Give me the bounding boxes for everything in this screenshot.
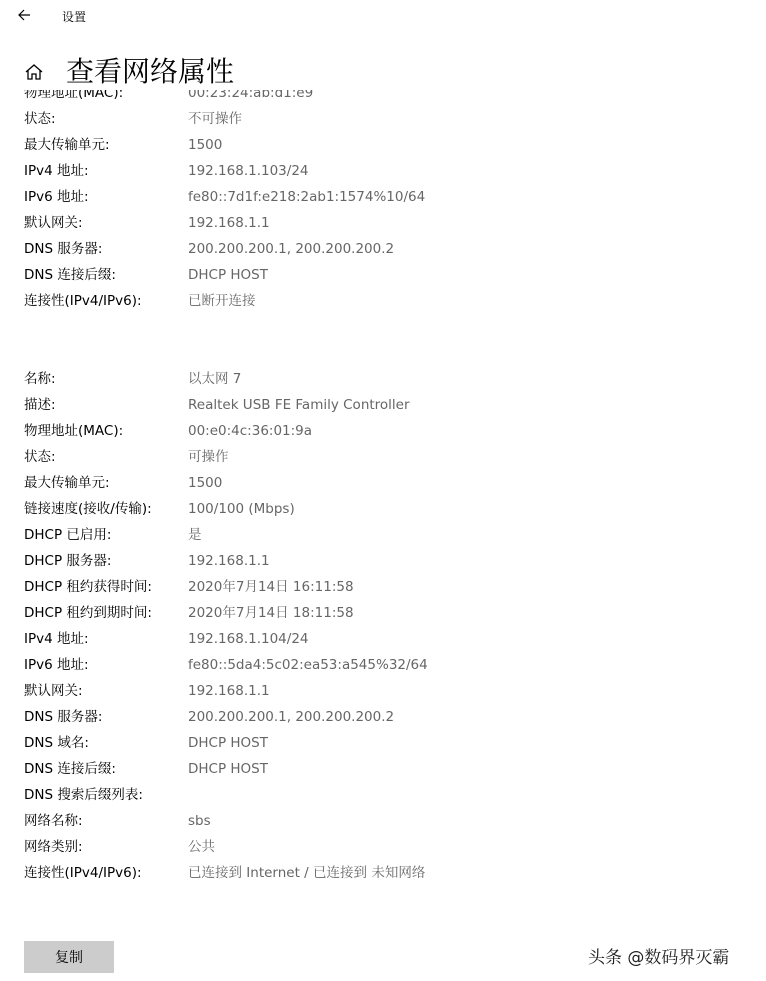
property-label: 名称: [24, 369, 56, 389]
property-row: 物理地址(MAC):00:23:24:ab:d1:e9 [0, 90, 766, 109]
property-row: DHCP 租约获得时间:2020年7月14日 16:11:58 [0, 577, 766, 603]
property-label: DNS 搜索后缀列表: [24, 785, 143, 805]
property-row: DHCP 租约到期时间:2020年7月14日 18:11:58 [0, 603, 766, 629]
property-row: 描述:Realtek USB FE Family Controller [0, 395, 766, 421]
property-value: 100/100 (Mbps) [188, 499, 295, 519]
property-label: IPv6 地址: [24, 655, 89, 675]
property-value: 00:e0:4c:36:01:9a [188, 421, 312, 441]
properties-list: 物理地址(MAC):00:23:24:ab:d1:e9状态:不可操作最大传输单元… [0, 90, 766, 889]
property-label: DNS 域名: [24, 733, 89, 753]
property-label: 默认网关: [24, 213, 83, 233]
property-value: DHCP HOST [188, 759, 268, 779]
property-row: IPv4 地址:192.168.1.103/24 [0, 161, 766, 187]
property-label: DNS 连接后缀: [24, 265, 116, 285]
property-row: 网络名称:sbs [0, 811, 766, 837]
watermark: 头条 @数码界灭霸 [588, 943, 729, 968]
property-row: IPv6 地址:fe80::7d1f:e218:2ab1:1574%10/64 [0, 187, 766, 213]
property-row: 网络类别:公共 [0, 837, 766, 863]
properties-scroll-area[interactable]: 物理地址(MAC):00:23:24:ab:d1:e9状态:不可操作最大传输单元… [0, 90, 766, 920]
property-label: 连接性(IPv4/IPv6): [24, 291, 142, 311]
property-value: DHCP HOST [188, 265, 268, 285]
property-value: 以太网 7 [188, 369, 241, 389]
property-row: DNS 连接后缀:DHCP HOST [0, 265, 766, 291]
property-label: 最大传输单元: [24, 473, 110, 493]
property-label: 描述: [24, 395, 56, 415]
property-value: 192.168.1.1 [188, 551, 270, 571]
property-row: DHCP 服务器:192.168.1.1 [0, 551, 766, 577]
property-label: 链接速度(接收/传输): [24, 499, 152, 519]
property-value: 00:23:24:ab:d1:e9 [188, 90, 313, 103]
property-label: DHCP 服务器: [24, 551, 111, 571]
property-label: DHCP 租约获得时间: [24, 577, 152, 597]
property-value: 1500 [188, 135, 222, 155]
property-value: 200.200.200.1, 200.200.200.2 [188, 707, 394, 727]
property-label: DNS 连接后缀: [24, 759, 116, 779]
property-value: 公共 [188, 837, 215, 857]
property-value: 2020年7月14日 16:11:58 [188, 577, 354, 597]
property-row: 默认网关:192.168.1.1 [0, 213, 766, 239]
property-label: 连接性(IPv4/IPv6): [24, 863, 142, 883]
property-row: 最大传输单元:1500 [0, 135, 766, 161]
title-bar: 设置 [0, 0, 766, 34]
adapter-section: 物理地址(MAC):00:23:24:ab:d1:e9状态:不可操作最大传输单元… [0, 90, 766, 317]
property-value: DHCP HOST [188, 733, 268, 753]
property-row: DNS 搜索后缀列表: [0, 785, 766, 811]
property-row: 连接性(IPv4/IPv6):已连接到 Internet / 已连接到 未知网络 [0, 863, 766, 889]
page-title: 查看网络属性 [66, 54, 234, 90]
property-value: 192.168.1.103/24 [188, 161, 309, 181]
property-row: DHCP 已启用:是 [0, 525, 766, 551]
app-title: 设置 [62, 8, 86, 25]
property-value: fe80::5da4:5c02:ea53:a545%32/64 [188, 655, 428, 675]
property-label: 物理地址(MAC): [24, 421, 123, 441]
property-value: Realtek USB FE Family Controller [188, 395, 410, 415]
property-value: 192.168.1.1 [188, 213, 270, 233]
property-label: 物理地址(MAC): [24, 90, 123, 103]
property-row: 链接速度(接收/传输):100/100 (Mbps) [0, 499, 766, 525]
property-row: IPv6 地址:fe80::5da4:5c02:ea53:a545%32/64 [0, 655, 766, 681]
property-value: 是 [188, 525, 202, 545]
back-arrow-icon [14, 4, 36, 26]
property-value: 不可操作 [188, 109, 242, 129]
property-row: 最大传输单元:1500 [0, 473, 766, 499]
property-row: 连接性(IPv4/IPv6):已断开连接 [0, 291, 766, 317]
property-row: 状态:不可操作 [0, 109, 766, 135]
property-row: DNS 服务器:200.200.200.1, 200.200.200.2 [0, 707, 766, 733]
property-label: DHCP 已启用: [24, 525, 111, 545]
property-label: IPv6 地址: [24, 187, 89, 207]
property-value: 可操作 [188, 447, 229, 467]
property-value: 已连接到 Internet / 已连接到 未知网络 [188, 863, 425, 883]
property-label: DHCP 租约到期时间: [24, 603, 152, 623]
property-row: IPv4 地址:192.168.1.104/24 [0, 629, 766, 655]
property-value: 1500 [188, 473, 222, 493]
property-label: IPv4 地址: [24, 161, 89, 181]
property-value: 2020年7月14日 18:11:58 [188, 603, 354, 623]
property-value: 192.168.1.104/24 [188, 629, 309, 649]
property-label: DNS 服务器: [24, 239, 102, 259]
property-value: 192.168.1.1 [188, 681, 270, 701]
adapter-section: 名称:以太网 7描述:Realtek USB FE Family Control… [0, 369, 766, 889]
property-label: 状态: [24, 109, 56, 129]
section-gap [0, 317, 766, 369]
property-value: 已断开连接 [188, 291, 256, 311]
property-row: 名称:以太网 7 [0, 369, 766, 395]
property-label: 网络类别: [24, 837, 83, 857]
property-value: sbs [188, 811, 211, 831]
property-value: fe80::7d1f:e218:2ab1:1574%10/64 [188, 187, 425, 207]
property-row: 物理地址(MAC):00:e0:4c:36:01:9a [0, 421, 766, 447]
copy-button[interactable]: 复制 [24, 941, 114, 973]
property-label: 状态: [24, 447, 56, 467]
property-row: DNS 连接后缀:DHCP HOST [0, 759, 766, 785]
property-label: 网络名称: [24, 811, 83, 831]
back-button[interactable] [14, 4, 36, 26]
property-value: 200.200.200.1, 200.200.200.2 [188, 239, 394, 259]
property-label: 最大传输单元: [24, 135, 110, 155]
home-icon[interactable] [24, 62, 44, 82]
property-row: DNS 服务器:200.200.200.1, 200.200.200.2 [0, 239, 766, 265]
property-row: 状态:可操作 [0, 447, 766, 473]
property-row: DNS 域名:DHCP HOST [0, 733, 766, 759]
page-header: 查看网络属性 [0, 52, 766, 92]
property-label: 默认网关: [24, 681, 83, 701]
property-row: 默认网关:192.168.1.1 [0, 681, 766, 707]
property-label: DNS 服务器: [24, 707, 102, 727]
property-label: IPv4 地址: [24, 629, 89, 649]
